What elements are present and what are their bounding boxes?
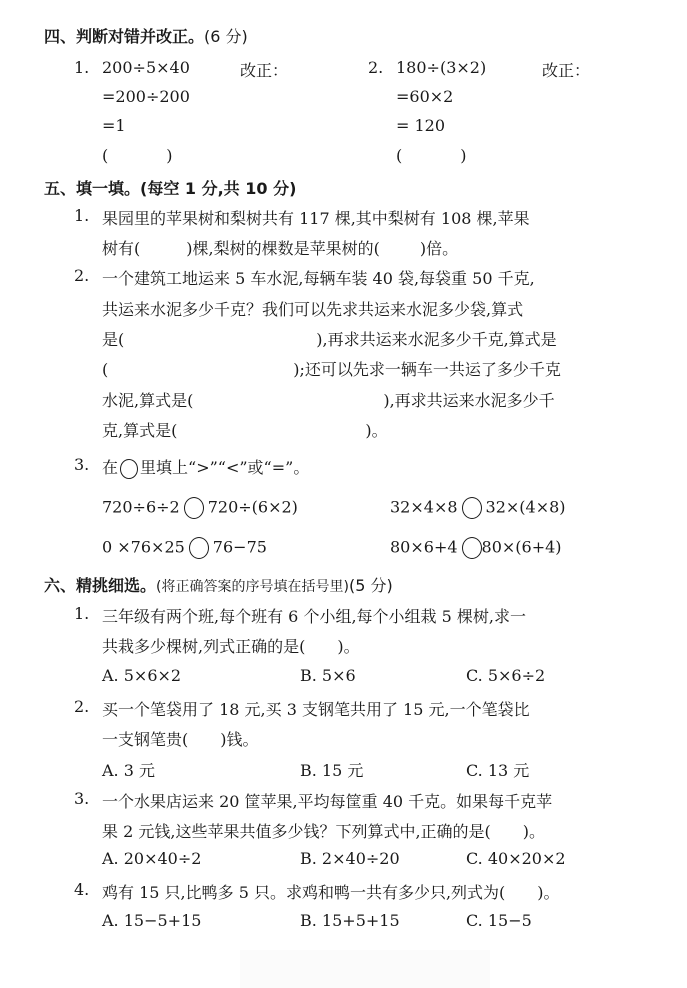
s4-q1-expression: 200÷5×40 xyxy=(102,58,190,77)
section-6-score: (5 分) xyxy=(349,576,393,595)
section-6-note: (将正确答案的序号填在括号里) xyxy=(156,579,349,595)
s6-q3-line1: 一个水果店运来 20 筐苹果,平均每筐重 40 千克。如果每千克苹 xyxy=(102,789,552,812)
s6-q2-option-a[interactable]: A. 3 元 xyxy=(102,758,155,781)
s6-q4-option-c[interactable]: C. 15−5 xyxy=(466,911,532,930)
compare-circle-3[interactable] xyxy=(189,537,209,559)
s6-q4-option-b[interactable]: B. 15+5+15 xyxy=(300,911,400,930)
s4-q2-correction-label: 改正： xyxy=(542,58,590,81)
s5-q2-line6: 克,算式是()。 xyxy=(102,418,388,441)
s4-q1-step1: =200÷200 xyxy=(102,87,190,106)
s6-q2-line2: 一支钢笔贵( )钱。 xyxy=(102,727,259,750)
s5-q2-line4: ();还可以先求一辆车一共运了多少千克 xyxy=(102,357,561,380)
section-5-title: 五、填一填。(每空 1 分,共 10 分) xyxy=(44,176,296,199)
s6-q1-line1: 三年级有两个班,每个班有 6 个小组,每个小组栽 5 棵树,求一 xyxy=(102,604,526,627)
s5-q2-number: 2. xyxy=(74,266,89,285)
s5-q3-compare-3: 0 ×76×2576−75 xyxy=(102,537,267,559)
paren-open: ( xyxy=(102,146,108,165)
s6-q3-option-c[interactable]: C. 40×20×2 xyxy=(466,849,566,868)
s5-q3-compare-4: 80×6+480×(6+4) xyxy=(390,537,562,559)
s6-q1-option-a[interactable]: A. 5×6×2 xyxy=(102,666,181,685)
s5-q2-line1: 一个建筑工地运来 5 车水泥,每辆车装 40 袋,每袋重 50 千克, xyxy=(102,266,535,289)
circle-icon xyxy=(120,459,138,479)
s6-q3-option-a[interactable]: A. 20×40÷2 xyxy=(102,849,201,868)
s5-q3-compare-2: 32×4×832×(4×8) xyxy=(390,497,566,519)
s5-q1-number: 1. xyxy=(74,206,89,225)
compare-circle-1[interactable] xyxy=(184,497,204,519)
s6-q1-option-b[interactable]: B. 5×6 xyxy=(300,666,356,685)
s5-q1-line1: 果园里的苹果树和梨树共有 117 棵,其中梨树有 108 棵,苹果 xyxy=(102,206,530,229)
s6-q3-number: 3. xyxy=(74,789,89,808)
s5-q2-line2: 共运来水泥多少千克？我们可以先求共运来水泥多少袋,算式 xyxy=(102,297,523,320)
section-4-score: (6 分) xyxy=(204,27,248,46)
s6-q1-number: 1. xyxy=(74,604,89,623)
s5-q2-line5: 水泥,算式是(),再求共运来水泥多少千 xyxy=(102,388,555,411)
s4-q1-number: 1. xyxy=(74,58,89,77)
s6-q2-option-b[interactable]: B. 15 元 xyxy=(300,758,363,781)
s6-q4-option-a[interactable]: A. 15−5+15 xyxy=(102,911,201,930)
s5-q3-compare-1: 720÷6÷2720÷(6×2) xyxy=(102,497,298,519)
s6-q1-option-c[interactable]: C. 5×6÷2 xyxy=(466,666,545,685)
compare-circle-2[interactable] xyxy=(462,497,482,519)
section-4-title: 四、判断对错并改正。(6 分) xyxy=(44,24,248,47)
s6-q1-line2: 共栽多少棵树,列式正确的是( )。 xyxy=(102,634,360,657)
paren-open: ( xyxy=(396,146,402,165)
paren-close: ) xyxy=(460,146,466,165)
s4-q2-number: 2. xyxy=(368,58,383,77)
s6-q3-line2: 果 2 元钱,这些苹果共值多少钱？下列算式中,正确的是( )。 xyxy=(102,819,545,842)
s4-q2-expression: 180÷(3×2) xyxy=(396,58,486,77)
compare-circle-4[interactable] xyxy=(462,537,482,559)
s6-q2-line1: 买一个笔袋用了 18 元,买 3 支钢笔共用了 15 元,一个笔袋比 xyxy=(102,697,530,720)
s4-q1-step2: =1 xyxy=(102,116,126,135)
s4-q1-judge-blank[interactable]: () xyxy=(102,146,173,165)
scan-artifact xyxy=(240,950,490,988)
section-5-heading: 五、填一填。 xyxy=(44,179,140,198)
s6-q4-number: 4. xyxy=(74,880,89,899)
paren-close: ) xyxy=(166,146,172,165)
s6-q2-number: 2. xyxy=(74,697,89,716)
s6-q3-option-b[interactable]: B. 2×40÷20 xyxy=(300,849,400,868)
section-6-title: 六、精挑细选。(将正确答案的序号填在括号里)(5 分) xyxy=(44,573,393,596)
s5-q3-instruction: 在里填上“>”“<”或“=”。 xyxy=(102,455,309,479)
section-5-score: (每空 1 分,共 10 分) xyxy=(140,179,296,198)
section-6-heading: 六、精挑细选。 xyxy=(44,576,156,595)
s4-q2-step1: =60×2 xyxy=(396,87,453,106)
s4-q2-step2: = 120 xyxy=(396,116,445,135)
s5-q2-line3: 是(),再求共运来水泥多少千克,算式是 xyxy=(102,327,557,350)
section-4-heading: 四、判断对错并改正。 xyxy=(44,27,204,46)
s6-q4-line1: 鸡有 15 只,比鸭多 5 只。求鸡和鸭一共有多少只,列式为( )。 xyxy=(102,880,560,903)
s4-q2-judge-blank[interactable]: () xyxy=(396,146,467,165)
s5-q1-line2: 树有()棵,梨树的棵数是苹果树的()倍。 xyxy=(102,236,458,259)
s4-q1-correction-label: 改正： xyxy=(240,58,288,81)
s5-q3-number: 3. xyxy=(74,455,89,474)
s6-q2-option-c[interactable]: C. 13 元 xyxy=(466,758,529,781)
